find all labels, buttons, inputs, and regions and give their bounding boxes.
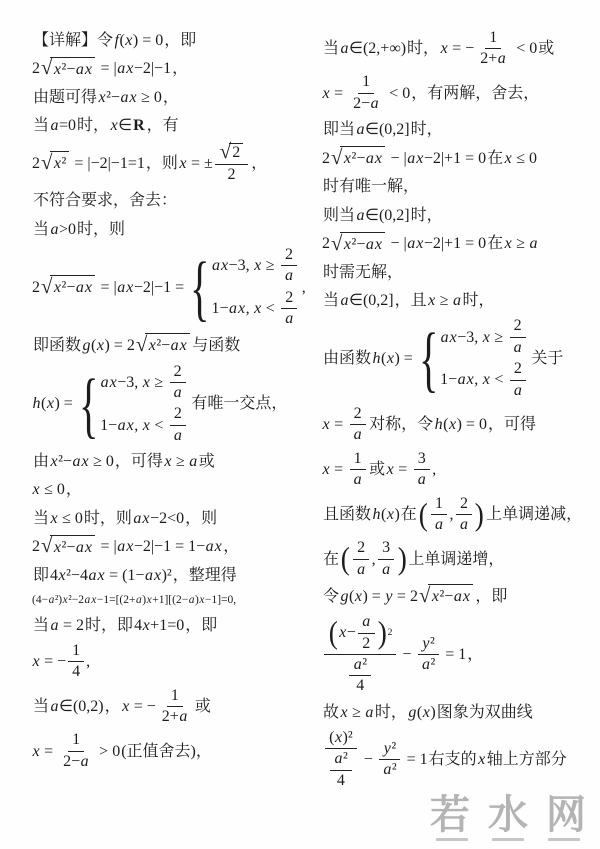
math-run: y² [383, 740, 396, 758]
cjk-text: 对称，令 [368, 413, 434, 436]
document-page: 【详解】令f(x) = 0，即2√x²−ax = |ax−2|−1，由题可得x²… [0, 0, 600, 849]
math-run: f(x) = 0 [114, 29, 163, 52]
text-line: 当a∈(0,2]，且x ≥ a时， [322, 289, 588, 312]
cjk-text: 时，即 [84, 614, 134, 637]
radical: √x²−ax [41, 535, 95, 559]
math-run: ax−3, x ≥ [100, 371, 167, 394]
watermark-subtext-word [492, 838, 524, 841]
cjk-text: ，且 [394, 289, 428, 312]
fraction-denominator: 2+a [476, 49, 510, 68]
cjk-text: 有唯一交点， [190, 392, 288, 415]
math-run: h(x) [372, 503, 400, 526]
watermark-subtext-word [436, 838, 468, 841]
text-line: 2√x²−ax = |ax−2|−1 = 1−ax， [32, 535, 310, 559]
cjk-text: ，则 [145, 152, 179, 175]
text-line: 由题可得x²−ax ≥ 0， [32, 86, 310, 109]
math-run: 3 [418, 450, 426, 468]
piecewise-row: 1−ax, x < 2a [100, 405, 188, 445]
text-line: 则当a∈(0,2]时， [322, 204, 588, 227]
math-run: x²−ax [343, 147, 382, 170]
cjk-text: 当 [322, 37, 340, 60]
fraction: 12−a [59, 731, 93, 771]
text-line: 即4x²−4ax = (1−ax)²，整理得 [32, 564, 310, 587]
math-run: g(x) = 2 [82, 334, 135, 357]
cjk-text: 上单调递减， [485, 503, 583, 526]
cjk-text: 时需无解， [322, 261, 404, 284]
fraction-denominator: a [280, 266, 297, 285]
fraction-numerator: 1 [350, 450, 366, 470]
math-run: a [459, 516, 468, 534]
math-run: 1−ax, x < [211, 297, 278, 320]
math-run: a² [334, 750, 348, 768]
text-line: 2√x²−ax = |ax−2|−1， [32, 57, 310, 81]
math-run: , [372, 548, 376, 571]
cjk-text: ，可得 [487, 413, 537, 436]
fraction-denominator: 2 [358, 634, 374, 653]
cjk-text: 与函数 [191, 334, 241, 357]
text-line: 当a = 2时，即4x+1=0，即 [32, 614, 310, 637]
math-run: 1−ax, x < [100, 414, 167, 437]
math-run: > 0 [95, 740, 120, 763]
fraction-denominator: a [281, 309, 298, 328]
text-line: 由函数h(x) = {ax−3, x ≥ 2a1−ax, x < 2a关于 [322, 317, 588, 400]
cjk-text: ，则 [184, 507, 218, 530]
brace-icon: { [190, 256, 209, 319]
big-paren: ( [341, 546, 350, 572]
watermark-subtext-word [548, 838, 580, 841]
fraction-numerator: 2 [281, 289, 297, 309]
cjk-text: 由 [32, 450, 50, 473]
text-line: 时有唯一解， [322, 175, 588, 198]
cjk-text: 右支的 [428, 748, 478, 771]
radicand: x²−ax [50, 57, 95, 81]
cjk-text: 当 [32, 507, 50, 530]
math-run: , [432, 458, 436, 481]
math-run: g(x) = y = 2 [340, 585, 418, 608]
fraction: y²a² [379, 740, 401, 780]
fraction: 3a [378, 539, 395, 579]
fraction: 2a [169, 363, 186, 403]
math-run: 2 [357, 539, 365, 557]
radicand: x²−ax [340, 146, 385, 170]
text-line: 令g(x) = y = 2√x²−ax，即 [322, 584, 588, 608]
text-line: (x)²a²4 − y²a² = 1右支的x轴上方部分 [322, 729, 588, 790]
cjk-text: 当 [32, 218, 50, 241]
math-run: = 1 [403, 748, 428, 771]
math-run: a [284, 267, 293, 285]
cjk-text: 即函数 [32, 334, 82, 357]
cjk-text: 且函数 [322, 503, 372, 526]
text-line: x ≤ 0， [32, 478, 310, 501]
math-run: a [173, 384, 182, 402]
math-run: x = − [32, 650, 66, 673]
text-line: 当x ≤ 0时，则ax−2<0，则 [32, 507, 310, 530]
fraction: 14 [68, 642, 84, 682]
fraction-numerator: (x−a2)2 [324, 613, 396, 655]
math-run: x = [322, 82, 347, 105]
math-run: = |ax−2|−1 [96, 57, 171, 80]
math-run: a² [383, 761, 397, 779]
text-line: (x−a2)2a²4 − y²a² = 1， [322, 613, 588, 696]
math-run: x² [53, 152, 66, 175]
fraction-denominator: a [378, 560, 395, 579]
math-run: 1 [435, 495, 443, 513]
fraction-numerator: 1 [68, 731, 84, 751]
math-run: 4 [337, 772, 345, 790]
text-line: 时需无解， [322, 261, 588, 284]
cjk-text: 图象为双曲线 [436, 701, 534, 724]
math-run: x²−ax [53, 58, 92, 81]
fraction-denominator: a [509, 381, 526, 400]
math-run: = 1 [441, 643, 466, 666]
fraction: 12+a [476, 29, 510, 69]
text-line: 当a>0时，则 [32, 218, 310, 241]
cjk-text: 则当 [322, 204, 356, 227]
text-line: 2√x² = |−2|−1=1，则x = ±√22， [32, 142, 310, 184]
cjk-text: 在 [400, 503, 418, 526]
math-run: a = 2 [50, 614, 84, 637]
fraction: 2a [509, 360, 526, 400]
fraction-denominator: a²4 [324, 749, 358, 790]
piecewise-rows: ax−3, x ≥ 2a1−ax, x < 2a [211, 246, 299, 329]
math-run: 2 [354, 405, 362, 423]
math-run: 2 [322, 232, 330, 255]
math-run: 4x+1=0 [134, 614, 184, 637]
fraction-numerator: 2 [170, 405, 186, 425]
cjk-text: 时， [76, 114, 110, 137]
fraction-denominator: a [430, 515, 447, 534]
fraction-denominator: a [349, 425, 366, 444]
cjk-text: 由函数 [322, 347, 372, 370]
math-run: a² [353, 656, 367, 674]
fraction-denominator: 2 [224, 165, 240, 184]
math-run: x [478, 748, 486, 771]
radicand: x²−ax [50, 275, 95, 299]
math-run: a [285, 310, 294, 328]
math-run: a∈(0,2) [50, 695, 104, 718]
math-run: 1 [489, 29, 497, 47]
math-run: h(x) = [372, 347, 417, 370]
big-paren: ( [329, 620, 338, 646]
cjk-text: 关于 [530, 347, 564, 370]
math-run: x = [32, 740, 57, 763]
fraction-denominator: a [169, 426, 186, 445]
fraction: 2a [281, 289, 298, 329]
math-run: a [362, 613, 371, 631]
radical: √x²−ax [419, 584, 473, 608]
math-run: x− [339, 624, 356, 642]
text-line: 且函数h(x)在(1a,2a)上单调递减， [322, 495, 588, 535]
math-run: 1 [72, 642, 80, 660]
cjk-text: 或 [537, 37, 555, 60]
piecewise-rows: ax−3, x ≥ 2a1−ax, x < 2a [100, 363, 188, 446]
piecewise-cases: {ax−3, x ≥ 2a1−ax, x < 2a [419, 317, 529, 400]
math-run: a∈(0,2] [356, 204, 410, 227]
fraction-denominator: a² [417, 655, 439, 674]
fraction-denominator: 2−a [59, 752, 93, 771]
math-run: 2 [32, 152, 40, 175]
fraction-numerator: 2 [510, 360, 526, 380]
math-run: x ≤ 0 [32, 478, 65, 501]
cjk-text: 或 [194, 695, 212, 718]
math-run: 3 [382, 539, 390, 557]
text-line: 2√x²−ax = |ax−2|−1 = {ax−3, x ≥ 2a1−ax, … [32, 246, 310, 329]
fraction-denominator: 4 [333, 771, 349, 790]
math-run: 1 [72, 731, 80, 749]
piecewise-row: ax−3, x ≥ 2a [100, 363, 188, 403]
column-right: 当a∈(2,+∞)时，x = −12+a < 0或x = 12−a < 0，有两… [322, 26, 588, 793]
math-run: x ≤ 0 [504, 147, 537, 170]
radicand: 2 [229, 143, 243, 162]
cjk-text: 不符合要求，舍去： [32, 189, 178, 212]
cjk-text: 当 [32, 114, 50, 137]
fraction-numerator: 2 [353, 539, 369, 559]
fraction-numerator: 1 [431, 495, 447, 515]
math-run: x ≥ a [428, 289, 462, 312]
math-run: 4x²−4ax = (1−ax)² [50, 564, 172, 587]
fraction-numerator: 1 [485, 29, 501, 49]
cjk-text: ， [250, 152, 268, 175]
column-left: 【详解】令f(x) = 0，即2√x²−ax = |ax−2|−1，由题可得x²… [32, 26, 310, 793]
cjk-text: 时有唯一解， [322, 175, 420, 198]
math-run: x²−ax [148, 334, 187, 357]
cjk-text: 当 [322, 289, 340, 312]
math-run: a∈(0,2] [340, 289, 394, 312]
math-run: a [353, 471, 362, 489]
text-line: 在(2a,3a)上单调递增， [322, 539, 588, 579]
math-run: 2 [174, 363, 182, 381]
math-run: (x)² [329, 729, 353, 747]
fraction-numerator: 3 [378, 539, 394, 559]
fraction-numerator: 2 [170, 363, 186, 383]
fraction-numerator: 1 [358, 73, 374, 93]
math-run: x = − [122, 695, 156, 718]
math-run: x = [386, 458, 411, 481]
fraction-denominator: 2+a [158, 707, 192, 726]
piecewise-row: 1−ax, x < 2a [211, 289, 299, 329]
cjk-text: 时，则 [76, 218, 126, 241]
big-paren: ) [397, 546, 406, 572]
text-line: 当a∈(2,+∞)时，x = −12+a < 0或 [322, 29, 588, 69]
text-line: 2√x²−ax − |ax−2|+1 = 0在x ≤ 0 [322, 146, 588, 170]
math-run: 2 [514, 317, 522, 335]
math-run: 2 [228, 166, 236, 184]
math-run: 2 [460, 495, 468, 513]
fraction-denominator: a [509, 338, 526, 357]
text-line: x = 2a对称，令h(x) = 0，可得 [322, 405, 588, 445]
cjk-text: ，整理得 [172, 564, 238, 587]
fraction: 12+a [158, 687, 192, 727]
math-run: a² [421, 656, 435, 674]
math-run: h(x) = 0 [434, 413, 487, 436]
text-line: 由x²−ax ≥ 0，可得x ≥ a或 [32, 450, 310, 473]
fraction: 2a [509, 317, 526, 357]
math-run: x²−ax [53, 536, 92, 559]
math-run: (4−a²)x²−2ax−1=[(2+a)x+1][(2−a)x−1]=0, [32, 592, 236, 609]
math-bold: R [132, 114, 146, 137]
cjk-text: 故 [322, 701, 340, 724]
fraction: 2a [349, 405, 366, 445]
math-run: x ≥ a [164, 450, 198, 473]
math-run: x = [322, 458, 347, 481]
math-run: a [417, 471, 426, 489]
cjk-text: ，可得 [114, 450, 164, 473]
math-run: − [360, 748, 377, 771]
cjk-text: 时， [462, 289, 496, 312]
math-run: x = ± [179, 152, 213, 175]
text-line: x = 12−a < 0，有两解，舍去， [322, 73, 588, 113]
math-run: 2 [514, 360, 522, 378]
cjk-text: ， [104, 695, 122, 718]
fraction: a²4 [330, 750, 352, 790]
fraction: (x)²a²4 [324, 729, 358, 790]
piecewise-rows: ax−3, x ≥ 2a1−ax, x < 2a [440, 317, 528, 400]
cjk-text: 在 [322, 548, 340, 571]
math-run: x²−ax ≥ 0 [50, 450, 114, 473]
text-line: (4−a²)x²−2ax−1=[(2+a)x+1][(2−a)x−1]=0, [32, 592, 310, 609]
fraction-denominator: 2−a [349, 94, 383, 113]
fraction-numerator: 2 [350, 405, 366, 425]
big-paren: ( [419, 502, 428, 528]
fraction-denominator: a [353, 560, 370, 579]
fraction-denominator: a [455, 515, 472, 534]
fraction-numerator: 1 [167, 687, 183, 707]
piecewise-cases: {ax−3, x ≥ 2a1−ax, x < 2a [190, 246, 300, 329]
math-run: , [86, 650, 90, 673]
cjk-text: ， [222, 535, 240, 558]
fraction-denominator: a [349, 470, 366, 489]
cjk-text: 时，则 [83, 507, 133, 530]
cjk-text: (正值舍去)， [120, 740, 213, 763]
cjk-text: 令 [322, 585, 340, 608]
watermark-logo: 若水网 [430, 794, 600, 836]
math-run: 4 [356, 677, 364, 695]
radical: √x²−ax [331, 146, 385, 170]
math-run: x ≤ 0 [50, 507, 83, 530]
radical: √x²−ax [136, 333, 190, 357]
cjk-text: 当 [32, 695, 50, 718]
math-run: = |ax−2|−1 = [96, 276, 188, 299]
fraction-numerator: 1 [68, 642, 84, 662]
fraction: 3a [413, 450, 430, 490]
fraction: 2a [455, 495, 472, 535]
fraction: 12−a [349, 73, 383, 113]
math-run: a=0 [50, 114, 76, 137]
text-line: 即函数g(x) = 2√x²−ax与函数 [32, 333, 310, 357]
radicand: x² [50, 151, 69, 175]
fraction: (x−a2)2a²4 [324, 613, 396, 696]
fraction: a²4 [349, 656, 371, 696]
math-run: 2 [322, 147, 330, 170]
math-run: a>0 [50, 218, 76, 241]
cjk-text: ， [466, 643, 484, 666]
math-run: x²−ax ≥ 0 [98, 86, 162, 109]
math-run: 2 [174, 405, 182, 423]
piecewise-cases: {ax−3, x ≥ 2a1−ax, x < 2a [79, 363, 189, 446]
math-run: a [434, 516, 443, 534]
fraction-denominator: a² [379, 760, 401, 779]
fraction-numerator: a² [349, 656, 371, 676]
fraction-denominator: 4 [68, 662, 84, 681]
cjk-text: 即当 [322, 118, 356, 141]
radicand: x²−ax [428, 584, 473, 608]
fraction-numerator: 2 [456, 495, 472, 515]
text-line: 即当a∈(0,2]时， [322, 118, 588, 141]
math-run: , [302, 276, 306, 299]
math-run: 2 [232, 144, 240, 162]
text-line: x = 1a或x = 3a, [322, 450, 588, 490]
fraction: √22 [215, 142, 248, 184]
fraction: 2a [280, 246, 297, 286]
math-run: a [357, 561, 366, 579]
fraction-denominator: a²4 [343, 655, 377, 696]
fraction: 1a [349, 450, 366, 490]
math-run: 2 [285, 289, 293, 307]
cjk-text: 由题可得 [32, 86, 98, 109]
math-run: 1 [362, 73, 370, 91]
fraction: y²a² [417, 635, 439, 675]
fraction-numerator: (x)² [325, 729, 357, 749]
text-line: 2√x²−ax − |ax−2|+1 = 0在x ≥ a [322, 232, 588, 256]
radical: √x²−ax [331, 232, 385, 256]
cjk-text: ，即 [163, 29, 197, 52]
piecewise-row: 1−ax, x < 2a [440, 360, 528, 400]
math-run: 1 [354, 450, 362, 468]
cjk-text: 时， [406, 37, 440, 60]
text-line: 【详解】令f(x) = 0，即 [32, 29, 310, 52]
text-line: 当a∈(0,2)，x = −12+a或 [32, 687, 310, 727]
fraction: 2a [353, 539, 370, 579]
math-run: 1−ax, x < [440, 368, 507, 391]
math-run: ax−3, x ≥ [211, 254, 278, 277]
radical: √x² [41, 151, 69, 175]
text-line: x = −14, [32, 642, 310, 682]
math-run: a [382, 561, 391, 579]
fraction-denominator: a [413, 470, 430, 489]
brace-icon: { [79, 373, 98, 436]
cjk-text: 在 [486, 147, 504, 170]
fraction-numerator: 2 [281, 246, 297, 266]
math-run: < 0 [512, 37, 537, 60]
radicand: x²−ax [145, 333, 190, 357]
text-line: x = 12−a > 0(正值舍去)， [32, 731, 310, 771]
math-run: 2 [32, 535, 40, 558]
cjk-text: 【详解】令 [32, 29, 114, 52]
fraction: 2a [169, 405, 186, 445]
math-run: a [513, 382, 522, 400]
math-run: x = [322, 413, 347, 436]
fraction-numerator: a [358, 613, 375, 633]
math-run: = |−2|−1=1 [70, 152, 145, 175]
text-line: 当a=0时，x∈R，有 [32, 114, 310, 137]
piecewise-row: ax−3, x ≥ 2a [440, 317, 528, 357]
math-run: 2−a [353, 95, 379, 113]
math-run: x²−ax [431, 585, 470, 608]
text-line: 不符合要求，舍去： [32, 189, 310, 212]
math-run: y² [422, 635, 435, 653]
math-run: x = − [440, 37, 474, 60]
math-run: < 0 [385, 82, 410, 105]
math-run: h(x) = [32, 392, 77, 415]
fraction-denominator: 4 [352, 676, 368, 695]
watermark: 若水网 [430, 794, 586, 841]
math-run: − |ax−2|+1 = 0 [386, 232, 486, 255]
math-run: 2 [32, 57, 40, 80]
piecewise-row: ax−3, x ≥ 2a [211, 246, 299, 286]
cjk-text: 轴上方部分 [486, 748, 568, 771]
math-run: 2−a [63, 753, 89, 771]
cjk-text: 当 [32, 614, 50, 637]
